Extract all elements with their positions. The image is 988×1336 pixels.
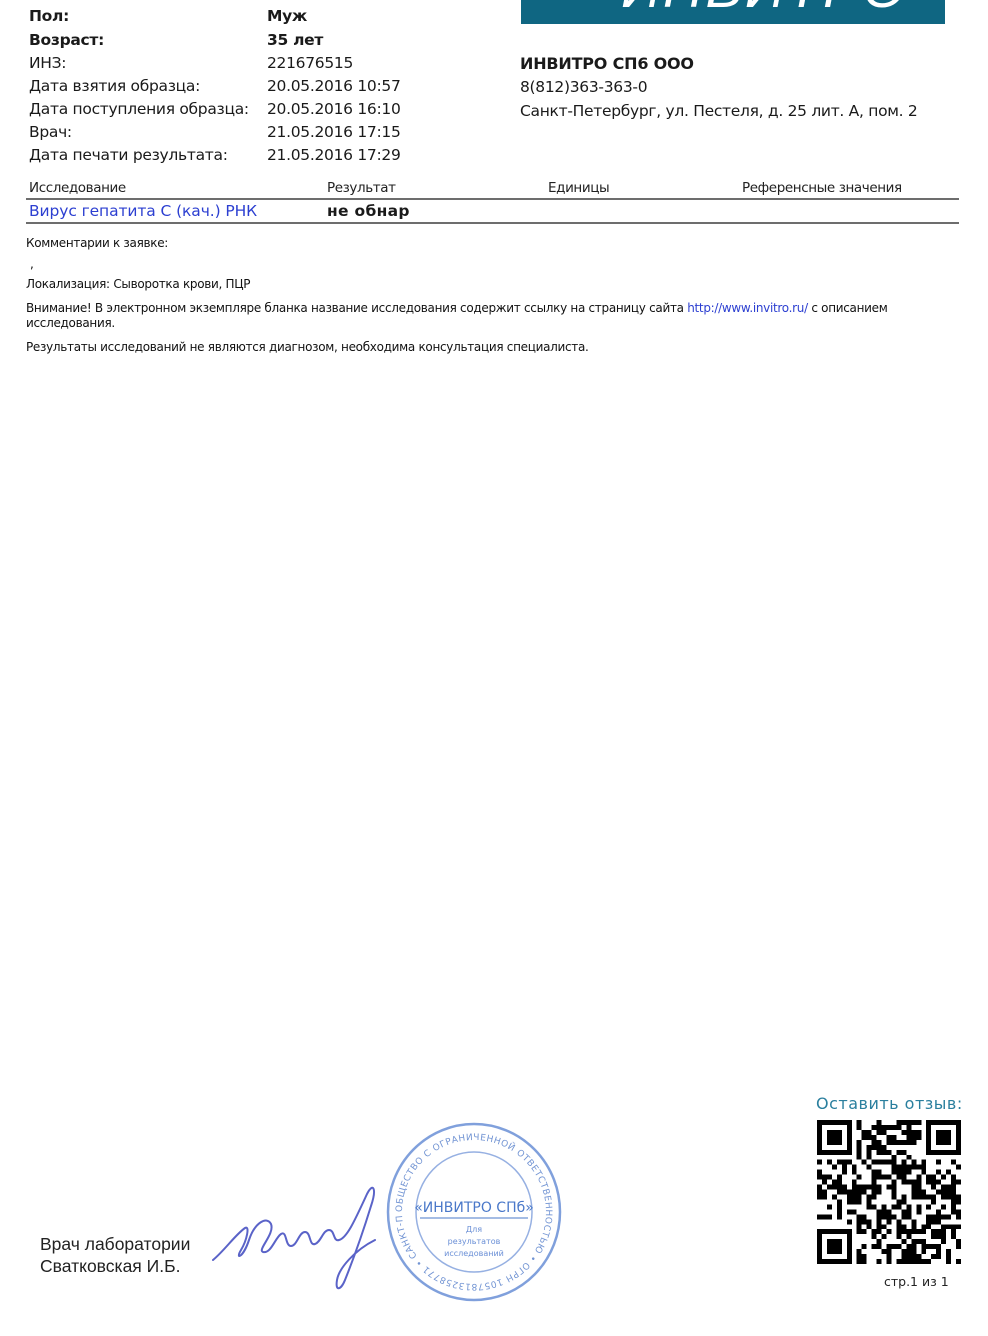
svg-text:исследований: исследований bbox=[444, 1249, 504, 1258]
svg-text:«ИНВИТРО СПб»: «ИНВИТРО СПб» bbox=[414, 1200, 534, 1216]
disclaimer-note: Результаты исследований не являются диаг… bbox=[26, 340, 589, 355]
lab-address: Санкт-Петербург, ул. Пестеля, д. 25 лит.… bbox=[520, 102, 917, 120]
patient-info-label: Врач: bbox=[29, 122, 72, 142]
doctor-name: Сватковская И.Б. bbox=[40, 1255, 190, 1277]
column-header-study: Исследование bbox=[29, 180, 126, 196]
column-header-result: Результат bbox=[327, 180, 396, 196]
svg-text:результатов: результатов bbox=[448, 1237, 501, 1246]
patient-info-value: 20.05.2016 10:57 bbox=[267, 76, 401, 96]
signature-image bbox=[205, 1180, 385, 1300]
feedback-label: Оставить отзыв: bbox=[816, 1094, 963, 1113]
patient-info-label: Дата взятия образца: bbox=[29, 76, 200, 96]
attention-text-end: с описанием bbox=[808, 301, 888, 315]
doctor-signature-block: Врач лаборатории Сватковская И.Б. bbox=[40, 1233, 190, 1277]
result-value: не обнар bbox=[327, 202, 410, 220]
table-bottom-divider bbox=[26, 222, 959, 224]
patient-info-value: 20.05.2016 16:10 bbox=[267, 99, 401, 119]
company-stamp: ОБЩЕСТВО С ОГРАНИЧЕННОЙ ОТВЕТСТВЕННОСТЬЮ… bbox=[384, 1120, 564, 1304]
attention-note-line2: исследования. bbox=[26, 316, 115, 331]
attention-note: Внимание! В электронном экземпляре бланк… bbox=[26, 301, 887, 316]
doctor-title: Врач лаборатории bbox=[40, 1233, 190, 1255]
logo-text: ИНВИТРО bbox=[621, 0, 908, 16]
page-number: стр.1 из 1 bbox=[884, 1274, 949, 1289]
feedback-qr-code[interactable] bbox=[817, 1120, 961, 1264]
patient-info-value: 35 лет bbox=[267, 30, 323, 50]
svg-text:Для: Для bbox=[466, 1225, 482, 1234]
table-header-divider bbox=[26, 198, 959, 200]
patient-info-label: Возраст: bbox=[29, 30, 104, 50]
patient-info-label: ИНЗ: bbox=[29, 53, 66, 73]
patient-info-value: 21.05.2016 17:15 bbox=[267, 122, 401, 142]
lab-phone: 8(812)363-363-0 bbox=[520, 78, 647, 96]
invitro-site-link[interactable]: http://www.invitro.ru/ bbox=[687, 301, 808, 315]
comments-label: Комментарии к заявке: bbox=[26, 236, 168, 251]
lab-name: ИНВИТРО СП6 ООО bbox=[520, 54, 694, 73]
patient-info-label: Пол: bbox=[29, 6, 69, 26]
patient-info-value: Муж bbox=[267, 6, 307, 26]
column-header-reference: Референсные значения bbox=[742, 180, 902, 196]
study-link[interactable]: Вирус гепатита С (кач.) РНК bbox=[29, 202, 257, 220]
comments-value: , bbox=[30, 257, 34, 272]
localization-note: Локализация: Сыворотка крови, ПЦР bbox=[26, 277, 250, 292]
invitro-logo-banner: ИНВИТРО bbox=[521, 0, 945, 24]
patient-info-value: 221676515 bbox=[267, 53, 353, 73]
attention-text: Внимание! В электронном экземпляре бланк… bbox=[26, 301, 687, 315]
patient-info-label: Дата поступления образца: bbox=[29, 99, 249, 119]
column-header-units: Единицы bbox=[548, 180, 609, 196]
patient-info-value: 21.05.2016 17:29 bbox=[267, 145, 401, 165]
patient-info-label: Дата печати результата: bbox=[29, 145, 228, 165]
